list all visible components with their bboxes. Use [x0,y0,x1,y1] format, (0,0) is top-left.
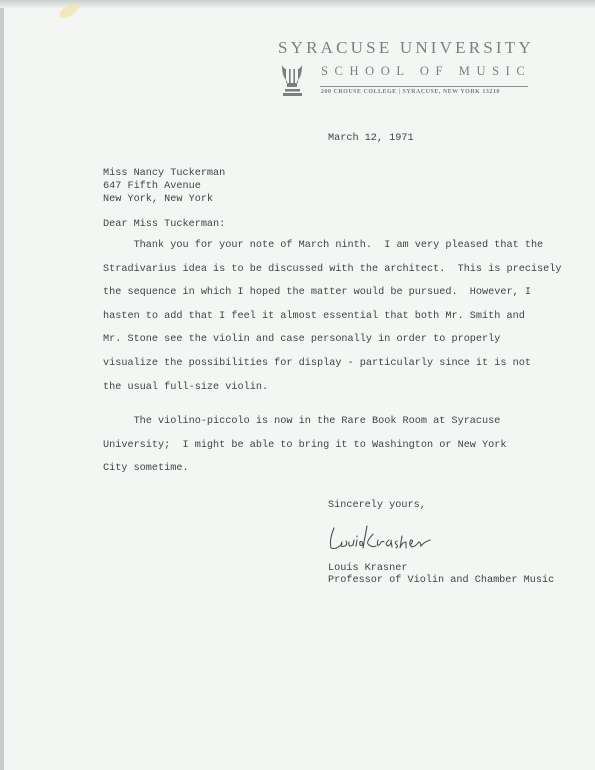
body-line: Mr. Stone see the violin and case person… [103,334,500,345]
letterhead-university: SYRACUSE UNIVERSITY [278,38,534,58]
letterhead-school: SCHOOL OF MUSIC [321,64,531,79]
body-line: the usual full-size violin. [103,382,268,393]
scan-border-top [0,0,595,8]
closing: Sincerely yours, [328,500,426,512]
letterhead-divider [320,86,528,87]
letter-date: March 12, 1971 [328,133,414,145]
signer-name: Louis Krasner [328,563,407,575]
recipient-city: New York, New York [103,194,213,206]
lyre-icon [280,63,304,99]
letterhead-address: 200 CROUSE COLLEGE | SYRACUSE, NEW YORK … [321,89,500,95]
signature-icon [326,518,436,554]
recipient-street: 647 Fifth Avenue [103,181,201,193]
body-line: the sequence in which I hoped the matter… [103,287,531,298]
body-line: The violino-piccolo is now in the Rare B… [103,416,500,427]
body-line: Stradivarius idea is to be discussed wit… [103,264,562,275]
body-line: City sometime. [103,463,189,474]
body-line: Thank you for your note of March ninth. … [103,240,543,251]
body-line: visualize the possibilities for display … [103,358,531,369]
recipient-name: Miss Nancy Tuckerman [103,168,225,180]
letter-page [4,6,595,770]
body-line: University; I might be able to bring it … [103,440,507,451]
salutation: Dear Miss Tuckerman: [103,219,225,231]
body-line: hasten to add that I feel it almost esse… [103,311,525,322]
signer-title: Professor of Violin and Chamber Music [328,575,554,587]
